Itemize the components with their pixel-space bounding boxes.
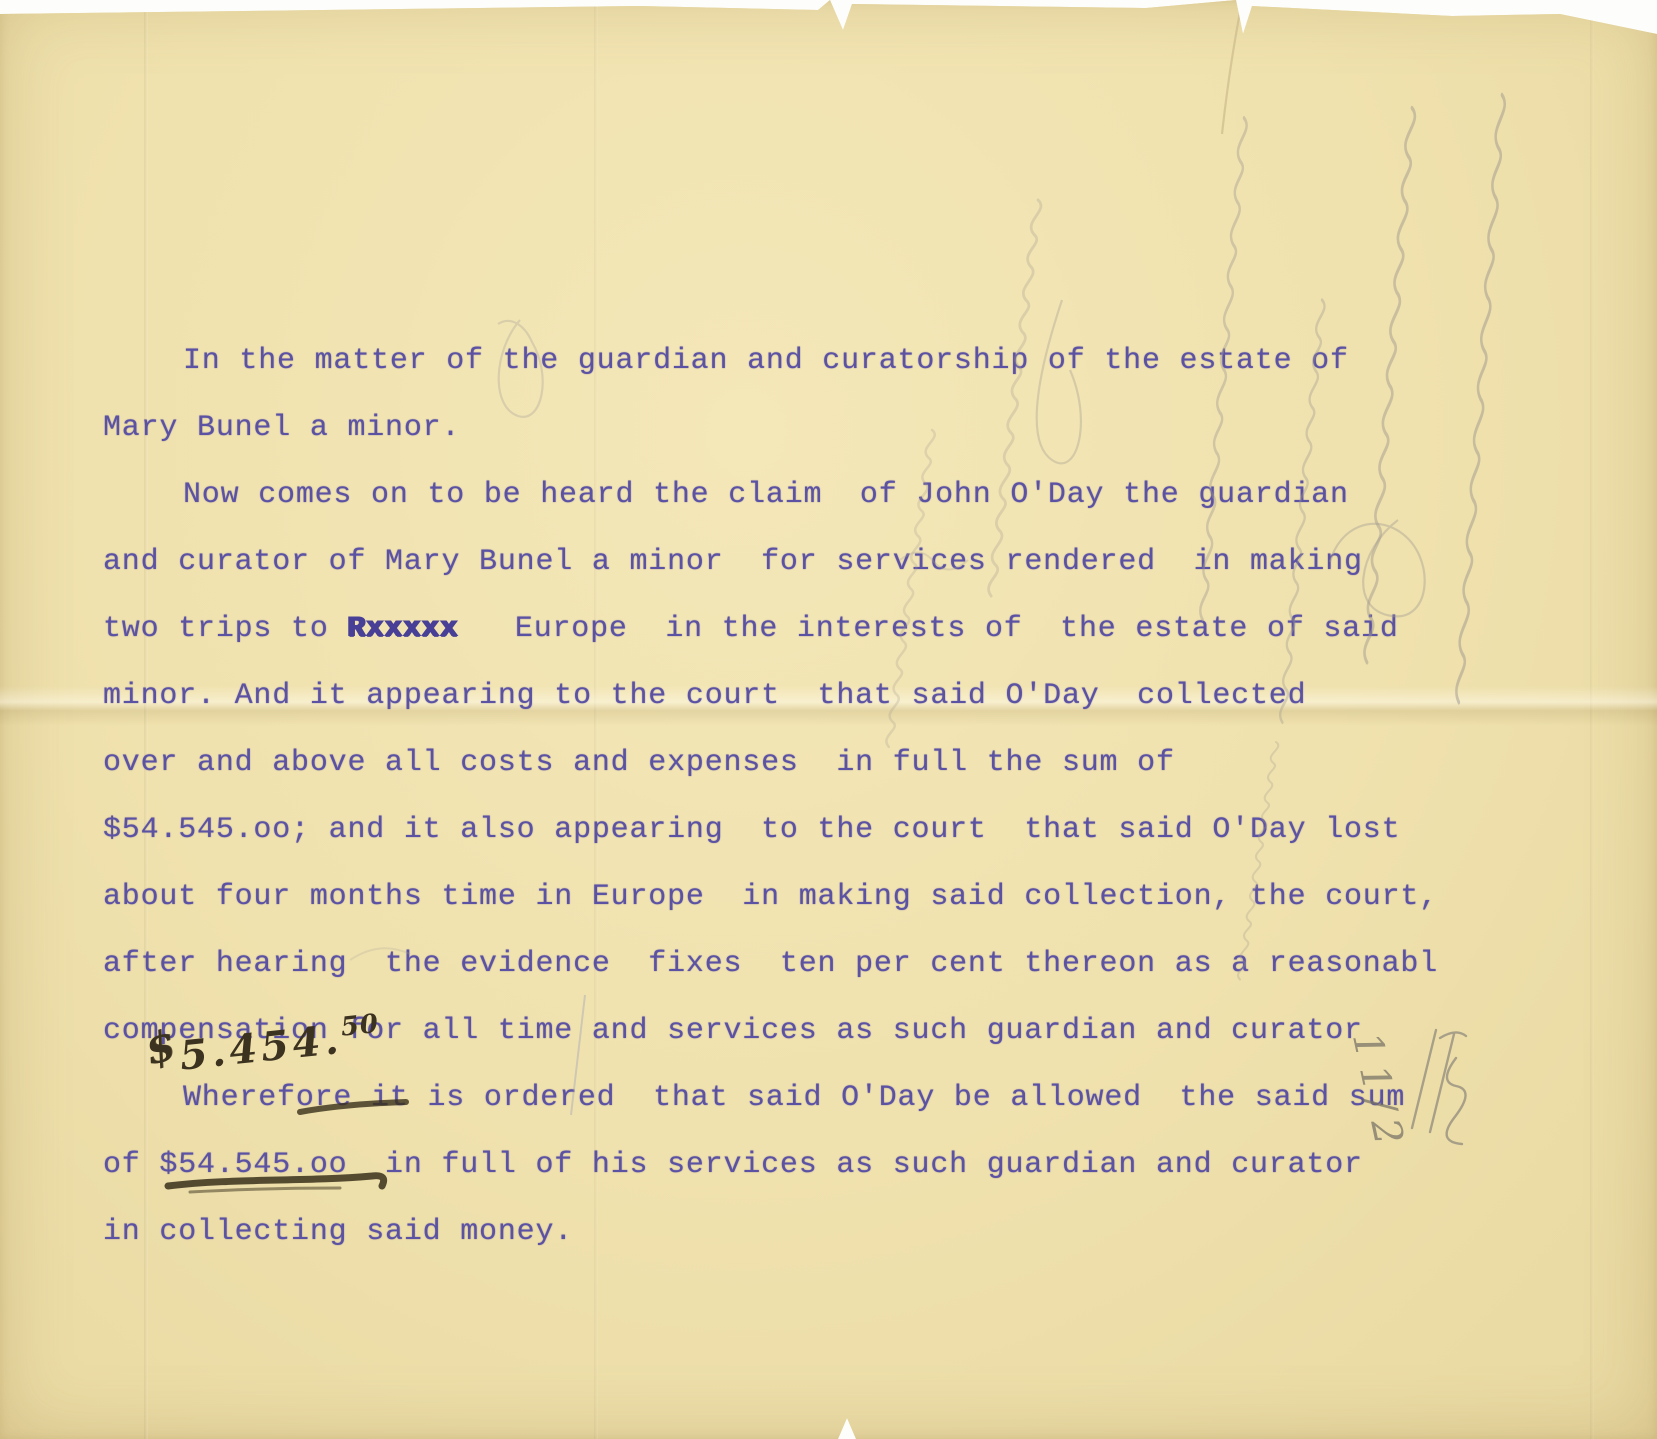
typed-line-8: $54.545.oo; and it also appearing to the…: [103, 807, 1523, 874]
typed-text-block: In the matter of the guardian and curato…: [103, 338, 1523, 1276]
typed-line-5: two trips to Rxxxxx Europe in the intere…: [103, 606, 1523, 673]
typed-line-14: in collecting said money.: [103, 1209, 1523, 1276]
paper-crease: [1222, 2, 1242, 134]
typed-line-7: over and above all costs and expenses in…: [103, 740, 1523, 807]
scanned-court-document: { "page": { "kind": "scanned typewritten…: [0, 0, 1657, 1439]
overtyped-deleted-word: Rxxxxx: [347, 612, 458, 646]
typed-line-13: of $54.545.oo in full of his services as…: [103, 1142, 1523, 1209]
typed-line-4: and curator of Mary Bunel a minor for se…: [103, 539, 1523, 606]
typed-line-9: about four months time in Europe in maki…: [103, 874, 1523, 941]
struck-through-amount: $54.545.oo: [159, 1148, 347, 1182]
typed-line-12: Wherefore it is ordered that said O'Day …: [103, 1075, 1523, 1142]
typed-line-1: In the matter of the guardian and curato…: [103, 338, 1523, 405]
typed-line-3: Now comes on to be heard the claim of Jo…: [103, 472, 1523, 539]
typed-line-10: after hearing the evidence fixes ten per…: [103, 941, 1523, 1008]
vertical-fold-line: [1590, 0, 1594, 1439]
typed-line-2: Mary Bunel a minor.: [103, 405, 1523, 472]
handwritten-cents-superscript: 50: [339, 1009, 380, 1043]
paper-sheet: In the matter of the guardian and curato…: [0, 0, 1657, 1439]
typed-line-6: minor. And it appearing to the court tha…: [103, 673, 1523, 740]
